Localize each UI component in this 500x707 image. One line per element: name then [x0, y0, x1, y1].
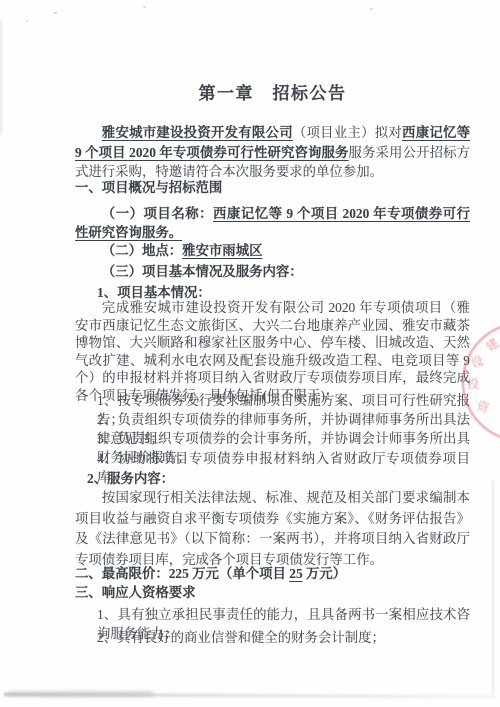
scan-edge-artifact — [492, 480, 494, 695]
section1-heading: 一、项目概况与招标范围 — [75, 178, 470, 197]
scanned-document-page: 第一章 招标公告 雅安城市建设投资开发有限公司（项目业主）拟对西康记忆等 9 个… — [0, 0, 500, 707]
qualification-item-2: 2、具有良好的商业信誉和健全的财务会计制度； — [75, 628, 470, 647]
qualification-heading: 三、响应人资格要求 — [75, 583, 470, 602]
location-value: 雅安市雨城区 — [182, 243, 262, 258]
scan-speck — [54, 12, 57, 14]
price-limit-prefix: 二、最高限价：225 万元（单个项目 — [75, 566, 289, 581]
scan-speck — [143, 6, 146, 8]
scan-speck — [26, 20, 28, 22]
intro-paragraph: 雅安城市建设投资开发有限公司（项目业主）拟对西康记忆等 9 个项目 2020 年… — [75, 123, 470, 182]
page-bottom-shadow — [8, 692, 153, 696]
red-seal-glyph: 投 — [467, 375, 480, 392]
service-content-heading: 2、服务内容： — [75, 469, 470, 488]
location-label: （二）地点： — [102, 243, 182, 258]
chapter-title: 第一章 招标公告 — [75, 84, 470, 103]
project-name-item: （一）项目名称：西康记忆等 9 个项目 2020 年专项债券可行性研究咨询服务。 — [75, 204, 470, 242]
scan-edge-artifact — [0, 20, 2, 135]
basic-info-paragraph: 完成雅安城市建设投资开发有限公司 2020 年专项债项目（雅安市西康记忆生态文旅… — [75, 299, 470, 405]
bidder-company-name: 雅安城市建设投资开发有限公司 — [102, 125, 293, 140]
content-item-heading: （三）项目基本情况及服务内容： — [75, 262, 470, 281]
price-limit-heading: 二、最高限价：225 万元（单个项目 25 万元） — [75, 564, 470, 583]
intro-text: （项目业主）拟对 — [293, 125, 402, 140]
scan-speck — [370, 8, 373, 10]
location-item: （二）地点：雅安市雨城区 — [75, 241, 470, 260]
price-limit-suffix: 万元） — [303, 566, 347, 581]
service-content-paragraph: 按国家现行相关法律法规、标准、规范及相关部门要求编制本项目收益与融资自求平衡专项… — [75, 488, 470, 570]
price-per-project-value: 25 — [289, 566, 302, 581]
project-name-label: （一）项目名称： — [102, 206, 213, 221]
